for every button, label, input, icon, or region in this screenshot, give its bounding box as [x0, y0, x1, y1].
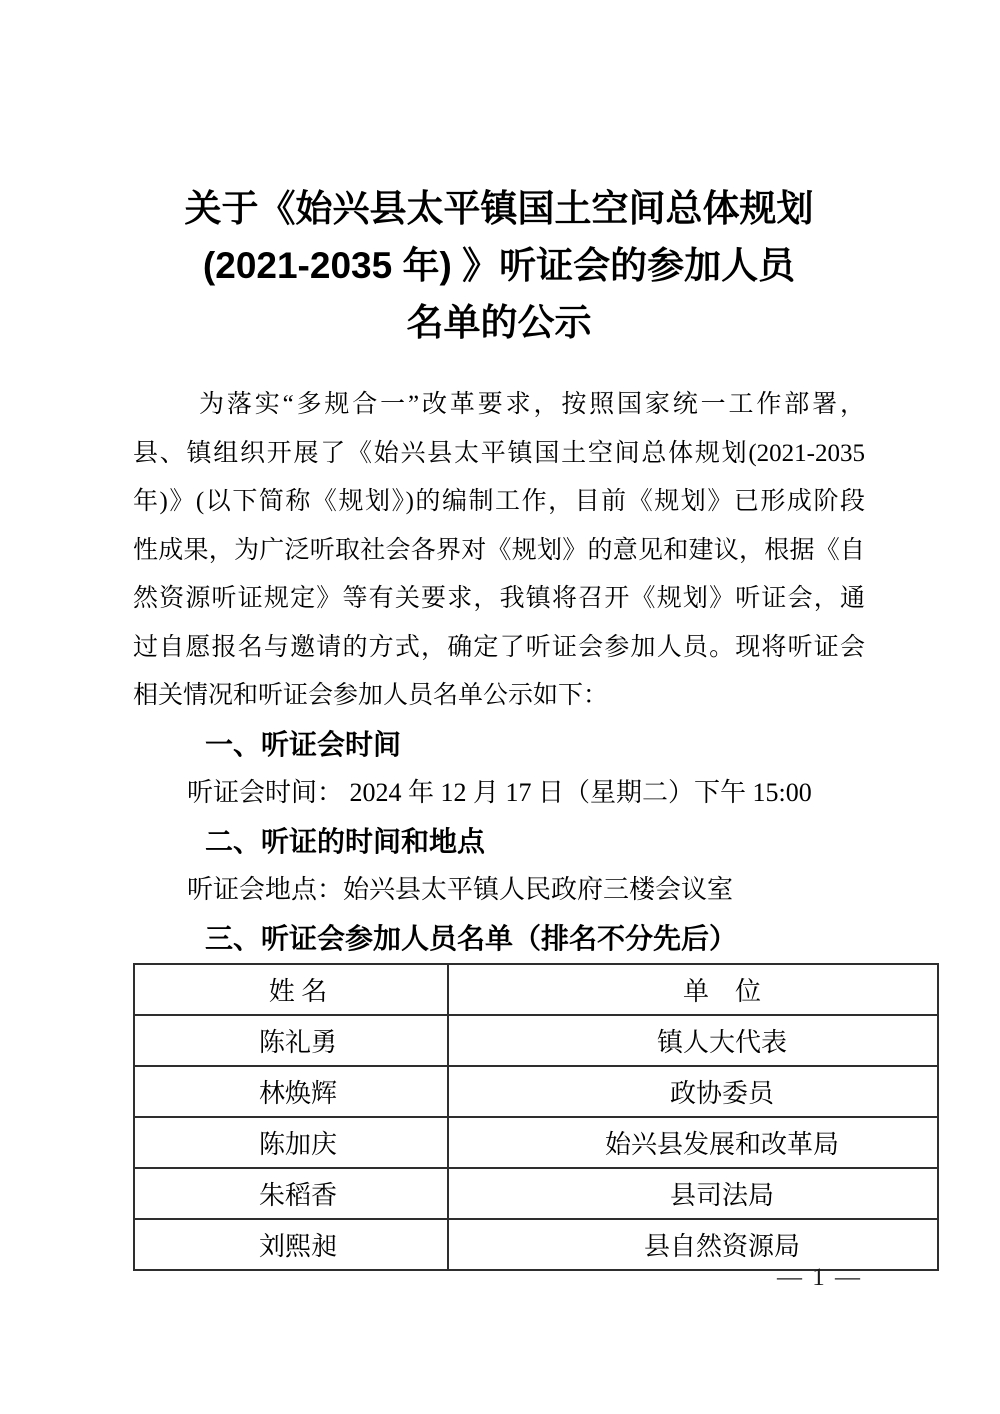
- paragraph-line: 过自愿报名与邀请的方式，确定了听证会参加人员。现将听证会: [133, 624, 865, 673]
- document-page: 关于《始兴县太平镇国土空间总体规划 (2021-2035 年) 》听证会的参加人…: [0, 0, 1000, 1414]
- hearing-time-text: 听证会时间： 2024 年 12 月 17 日（星期二）下午 15:00: [133, 769, 865, 818]
- section-heading-time-place: 二、听证的时间和地点: [133, 818, 865, 867]
- title-line-2: (2021-2035 年) 》听证会的参加人员: [133, 237, 865, 294]
- paragraph-line: 然资源听证规定》等有关要求，我镇将召开《规划》听证会，通: [133, 575, 865, 624]
- title-line-1: 关于《始兴县太平镇国土空间总体规划: [133, 180, 865, 237]
- table-row: 林焕辉 政协委员: [134, 1066, 938, 1117]
- name-cell: 林焕辉: [134, 1066, 448, 1117]
- title-line-3: 名单的公示: [133, 294, 865, 351]
- paragraph-line: 年)》(以下简称《规划》)的编制工作，目前《规划》已形成阶段: [133, 478, 865, 527]
- header-cell-unit: 单 位: [448, 964, 938, 1015]
- table-header-row: 姓 名 单 位: [134, 964, 938, 1015]
- page-number: — 1 —: [777, 1264, 862, 1292]
- table-row: 刘熙昶 县自然资源局: [134, 1219, 938, 1270]
- paragraph-line: 性成果，为广泛听取社会各界对《规划》的意见和建议，根据《自: [133, 527, 865, 576]
- participants-table: 姓 名 单 位 陈礼勇 镇人大代表 林焕辉 政协委员 陈加庆 始兴县发展和改革局…: [133, 963, 939, 1271]
- document-content: 关于《始兴县太平镇国土空间总体规划 (2021-2035 年) 》听证会的参加人…: [133, 0, 865, 1271]
- unit-cell: 县司法局: [448, 1168, 938, 1219]
- table-row: 陈加庆 始兴县发展和改革局: [134, 1117, 938, 1168]
- page-title: 关于《始兴县太平镇国土空间总体规划 (2021-2035 年) 》听证会的参加人…: [133, 180, 865, 351]
- paragraph-line: 县、镇组织开展了《始兴县太平镇国土空间总体规划(2021-2035: [133, 430, 865, 479]
- table-row: 朱稻香 县司法局: [134, 1168, 938, 1219]
- name-cell: 陈加庆: [134, 1117, 448, 1168]
- body-text: 为落实“多规合一”改革要求，按照国家统一工作部署， 县、镇组织开展了《始兴县太平…: [133, 381, 865, 963]
- section-heading-participants: 三、听证会参加人员名单（排名不分先后）: [133, 915, 865, 964]
- header-cell-name: 姓 名: [134, 964, 448, 1015]
- name-cell: 朱稻香: [134, 1168, 448, 1219]
- unit-cell: 始兴县发展和改革局: [448, 1117, 938, 1168]
- unit-cell: 县自然资源局: [448, 1219, 938, 1270]
- unit-cell: 镇人大代表: [448, 1015, 938, 1066]
- hearing-location-text: 听证会地点：始兴县太平镇人民政府三楼会议室: [133, 866, 865, 915]
- section-heading-time: 一、听证会时间: [133, 721, 865, 770]
- paragraph-line: 相关情况和听证会参加人员名单公示如下：: [133, 672, 865, 721]
- unit-cell: 政协委员: [448, 1066, 938, 1117]
- table-row: 陈礼勇 镇人大代表: [134, 1015, 938, 1066]
- paragraph-line: 为落实“多规合一”改革要求，按照国家统一工作部署，: [133, 381, 865, 430]
- name-cell: 陈礼勇: [134, 1015, 448, 1066]
- name-cell: 刘熙昶: [134, 1219, 448, 1270]
